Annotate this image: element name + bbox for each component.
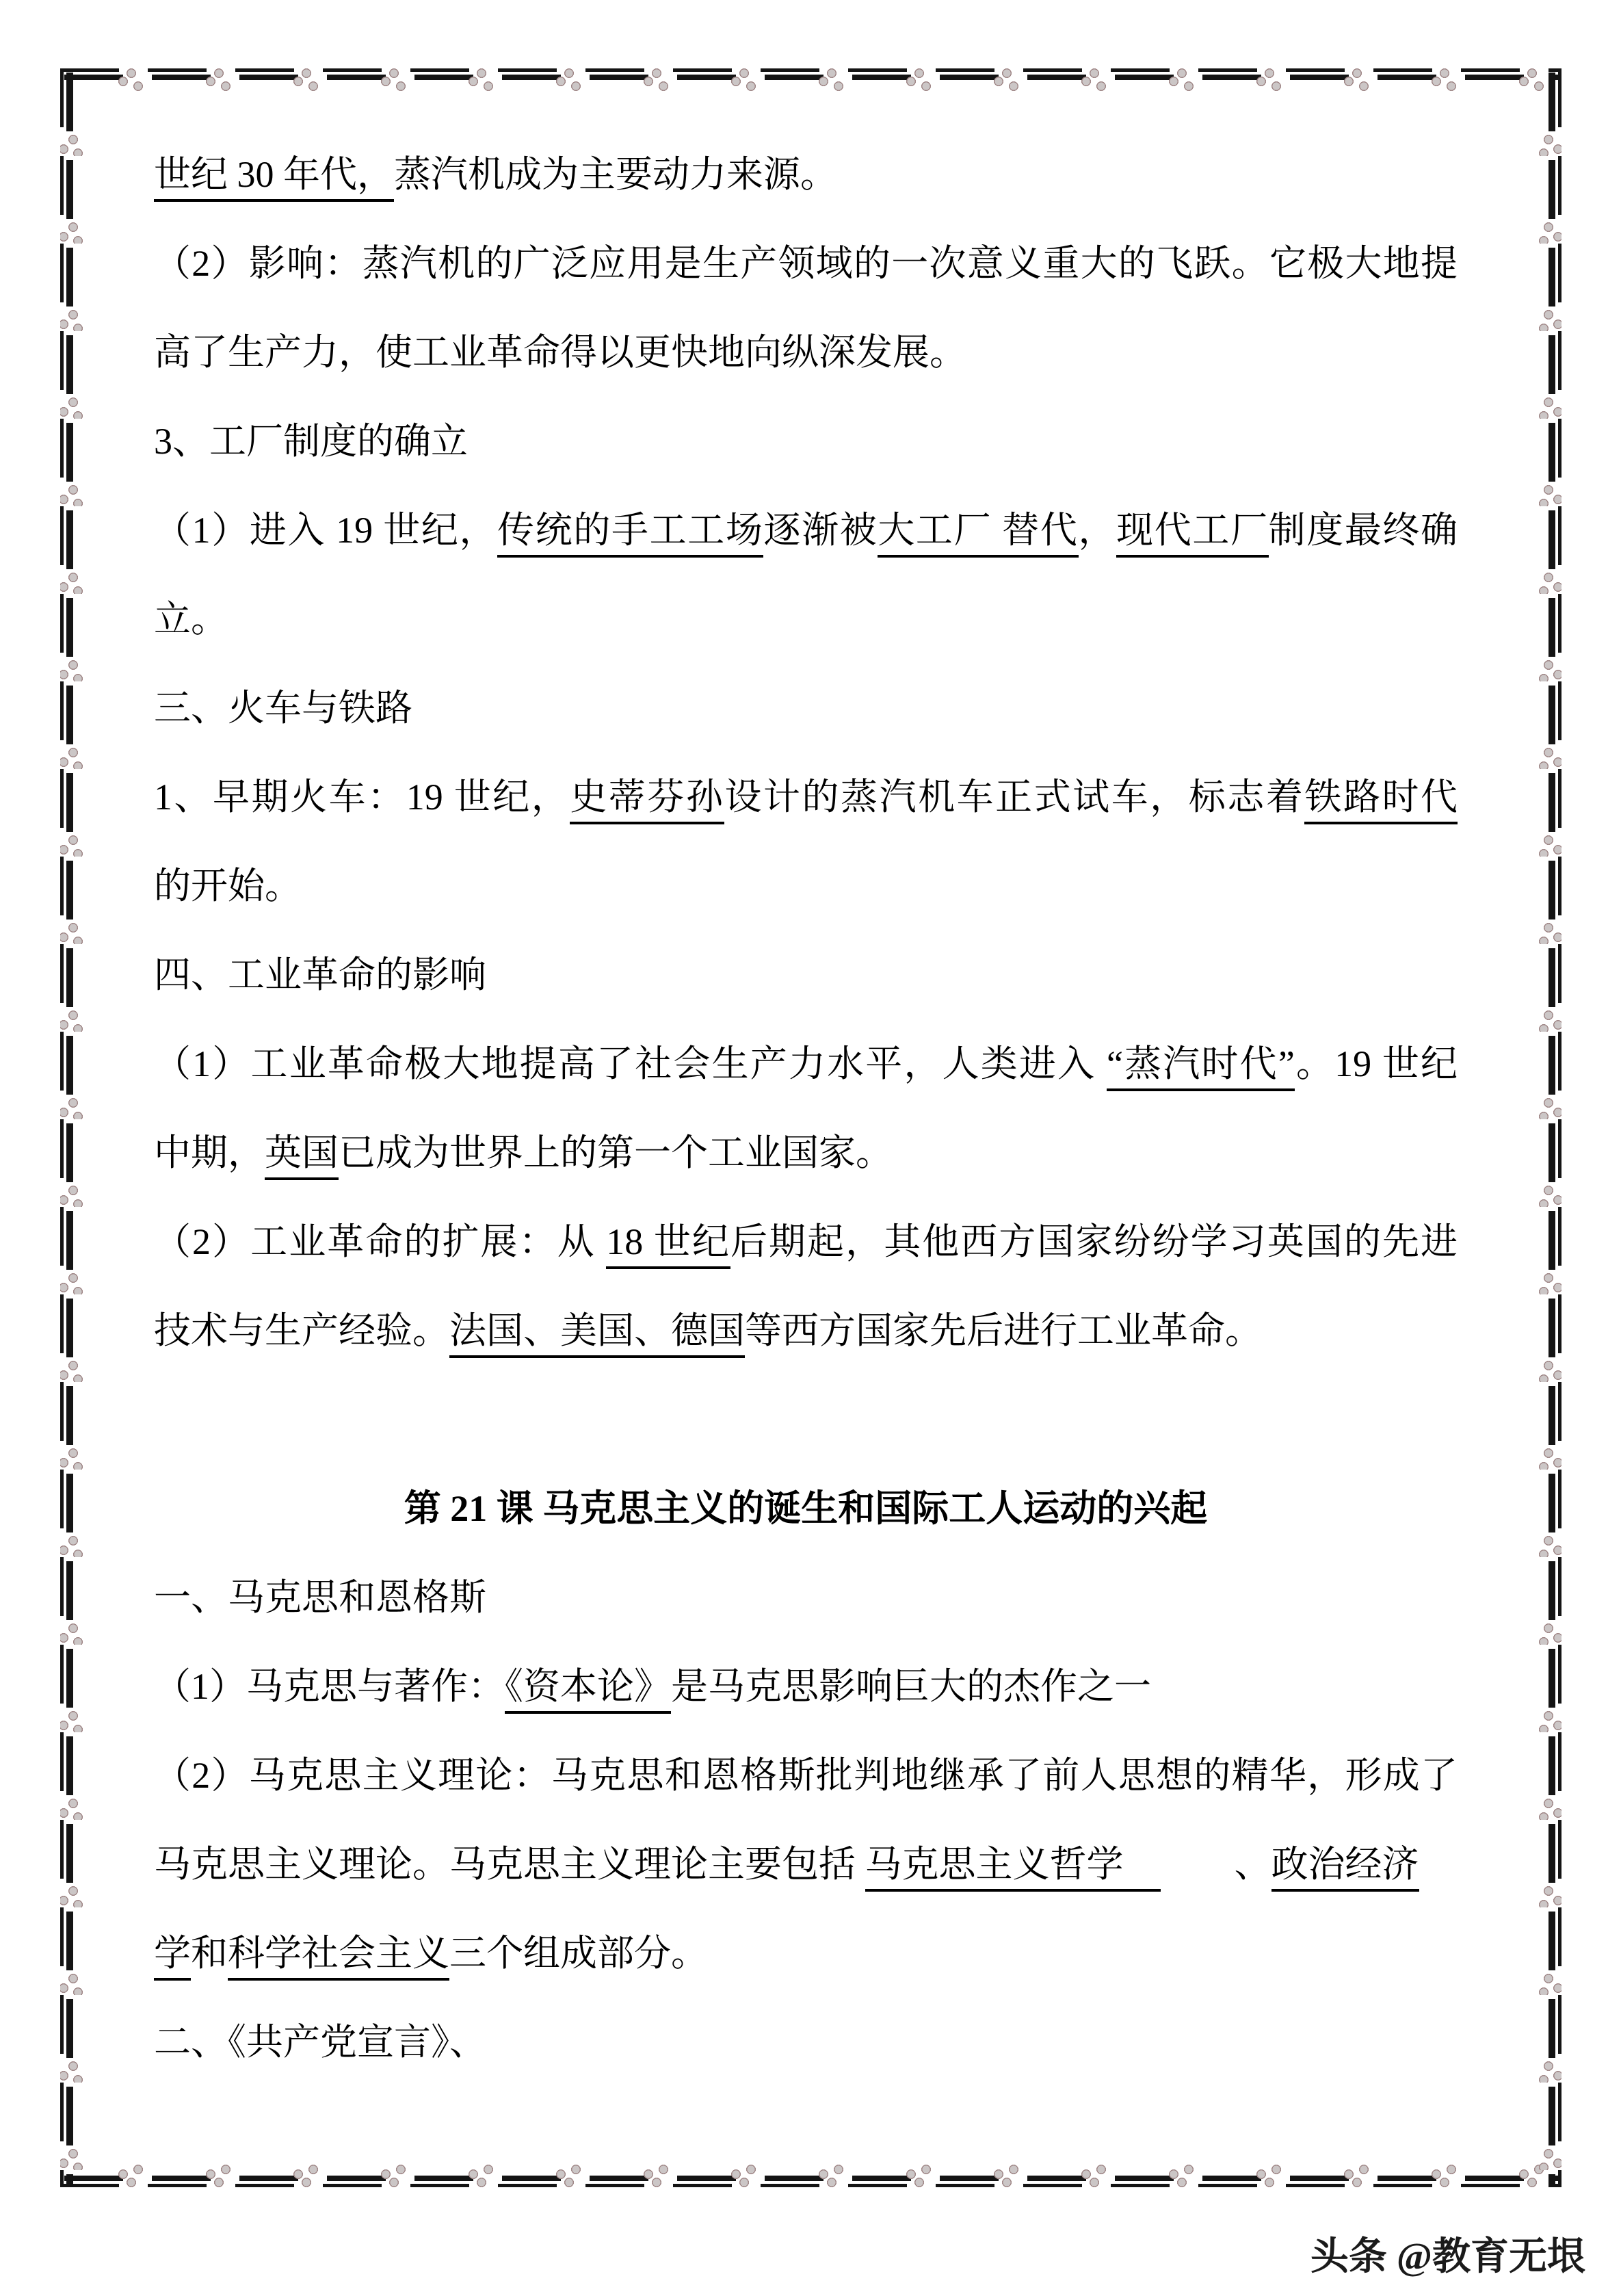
text-line: 世纪 30 年代，蒸汽机成为主要动力来源。 [154, 130, 1458, 219]
text-run: 高了生产力，使工业革命得以更快地向纵深发展。 [154, 332, 966, 373]
text-run: 制度最终确 [1269, 510, 1458, 551]
underlined-term: 法国、美国、德国 [449, 1310, 745, 1358]
text-run: 二、《共产党宣言》、 [154, 2022, 486, 2063]
text-run: 1、早期火车：19 世纪， [154, 777, 570, 818]
text-line: 高了生产力，使工业革命得以更快地向纵深发展。 [154, 308, 1458, 397]
text-run: （1）进入 19 世纪， [154, 510, 497, 551]
text-line: （1）进入 19 世纪，传统的手工工场逐渐被大工厂 替代，现代工厂制度最终确 [154, 486, 1458, 575]
underlined-term: 铁路时代 [1304, 777, 1458, 824]
text-run: （1）工业革命极大地提高了社会生产力水平，人类进入 [154, 1043, 1107, 1084]
text-line: 3、工厂制度的确立 [154, 397, 1458, 486]
text-run: 四、工业革命的影响 [154, 954, 486, 995]
text-run: 后期起，其他西方国家纷纷学习英国的先进 [730, 1221, 1458, 1262]
text-line: 技术与生产经验。法国、美国、德国等西方国家先后进行工业革命。 [154, 1286, 1458, 1375]
decorative-border-bottom [60, 2163, 1561, 2187]
underlined-term: “蒸汽时代” [1107, 1043, 1295, 1091]
text-line: 中期，英国已成为世界上的第一个工业国家。 [154, 1108, 1458, 1197]
text-line: 立。 [154, 575, 1458, 664]
blank-line [154, 1375, 1458, 1464]
underlined-term: 世纪 30 年代， [154, 154, 394, 202]
underlined-term: 政治经济 [1271, 1844, 1419, 1892]
text-line: 二、《共产党宣言》、 [154, 1998, 1458, 2087]
underlined-term: 学 [154, 1933, 191, 1981]
text-run: （1）马克思与著作： [154, 1666, 505, 1707]
text-line: （2）工业革命的扩展：从 18 世纪后期起，其他西方国家纷纷学习英国的先进 [154, 1197, 1458, 1286]
section-heading: 第 21 课 马克思主义的诞生和国际工人运动的兴起 [154, 1464, 1458, 1553]
text-line: （1）马克思与著作：《资本论》是马克思影响巨大的杰作之一 [154, 1642, 1458, 1731]
text-run: 技术与生产经验。 [154, 1310, 449, 1351]
text-run: 3、工厂制度的确立 [154, 421, 468, 462]
text-run: 等西方国家先后进行工业革命。 [745, 1310, 1262, 1351]
decorative-border-right [1537, 68, 1561, 2187]
text-run: 、 [1161, 1844, 1271, 1885]
text-line: 一、马克思和恩格斯 [154, 1553, 1458, 1642]
watermark: 头条 @教育无垠 [1310, 2226, 1585, 2281]
text-run: （2）工业革命的扩展：从 [154, 1221, 606, 1262]
underlined-term: 18 世纪 [606, 1221, 730, 1269]
underlined-term: 传统的手工工场 [497, 510, 763, 558]
text-run: 是马克思影响巨大的杰作之一 [671, 1666, 1151, 1707]
text-run: 马克思主义理论。马克思主义理论主要包括 [154, 1844, 865, 1885]
text-line: （2）影响：蒸汽机的广泛应用是生产领域的一次意义重大的飞跃。它极大地提 [154, 219, 1458, 308]
text-run: 蒸汽机成为主要动力来源。 [394, 154, 837, 195]
underlined-term: 大工厂 替代 [878, 510, 1078, 558]
text-line: （1）工业革命极大地提高了社会生产力水平，人类进入 “蒸汽时代”。19 世纪 [154, 1019, 1458, 1108]
text-run: （2）马克思主义理论：马克思和恩格斯批判地继承了前人思想的精华，形成了 [154, 1755, 1458, 1796]
text-run: 三、火车与铁路 [154, 688, 412, 729]
document-body: 世纪 30 年代，蒸汽机成为主要动力来源。（2）影响：蒸汽机的广泛应用是生产领域… [154, 130, 1458, 2087]
text-run: 一、马克思和恩格斯 [154, 1577, 486, 1618]
underlined-term: 现代工厂 [1116, 510, 1268, 558]
text-run: 三个组成部分。 [449, 1933, 708, 1974]
text-run: 中期， [154, 1132, 265, 1173]
text-run: 和 [191, 1933, 228, 1974]
text-run: ， [1079, 510, 1117, 551]
text-run: 设计的蒸汽机车正式试车，标志着 [724, 777, 1304, 818]
text-run: 立。 [154, 599, 228, 640]
text-line: 学和科学社会主义三个组成部分。 [154, 1909, 1458, 1998]
text-run: 的开始。 [154, 865, 302, 906]
text-line: 四、工业革命的影响 [154, 930, 1458, 1019]
underlined-term: 史蒂芬孙 [570, 777, 724, 824]
text-line: 的开始。 [154, 842, 1458, 930]
decorative-border-top [60, 68, 1561, 93]
text-run: （2）影响：蒸汽机的广泛应用是生产领域的一次意义重大的飞跃。它极大地提 [154, 243, 1458, 284]
text-run: 已成为世界上的第一个工业国家。 [339, 1132, 893, 1173]
decorative-border-left [60, 68, 85, 2187]
text-run: 第 21 课 马克思主义的诞生和国际工人运动的兴起 [404, 1488, 1208, 1529]
underlined-term: 马克思主义哲学 [865, 1844, 1161, 1892]
underlined-term: 《资本论》 [505, 1666, 671, 1714]
text-run: 。19 世纪 [1295, 1043, 1458, 1084]
underlined-term: 科学社会主义 [228, 1933, 449, 1981]
text-line: 马克思主义理论。马克思主义理论主要包括 马克思主义哲学 、政治经济 [154, 1820, 1458, 1909]
text-line: 三、火车与铁路 [154, 664, 1458, 753]
text-run: 逐渐被 [763, 510, 878, 551]
underlined-term: 英国 [265, 1132, 339, 1180]
text-line: （2）马克思主义理论：马克思和恩格斯批判地继承了前人思想的精华，形成了 [154, 1731, 1458, 1820]
text-line: 1、早期火车：19 世纪，史蒂芬孙设计的蒸汽机车正式试车，标志着铁路时代 [154, 753, 1458, 842]
document-page: 世纪 30 年代，蒸汽机成为主要动力来源。（2）影响：蒸汽机的广泛应用是生产领域… [0, 0, 1621, 2296]
